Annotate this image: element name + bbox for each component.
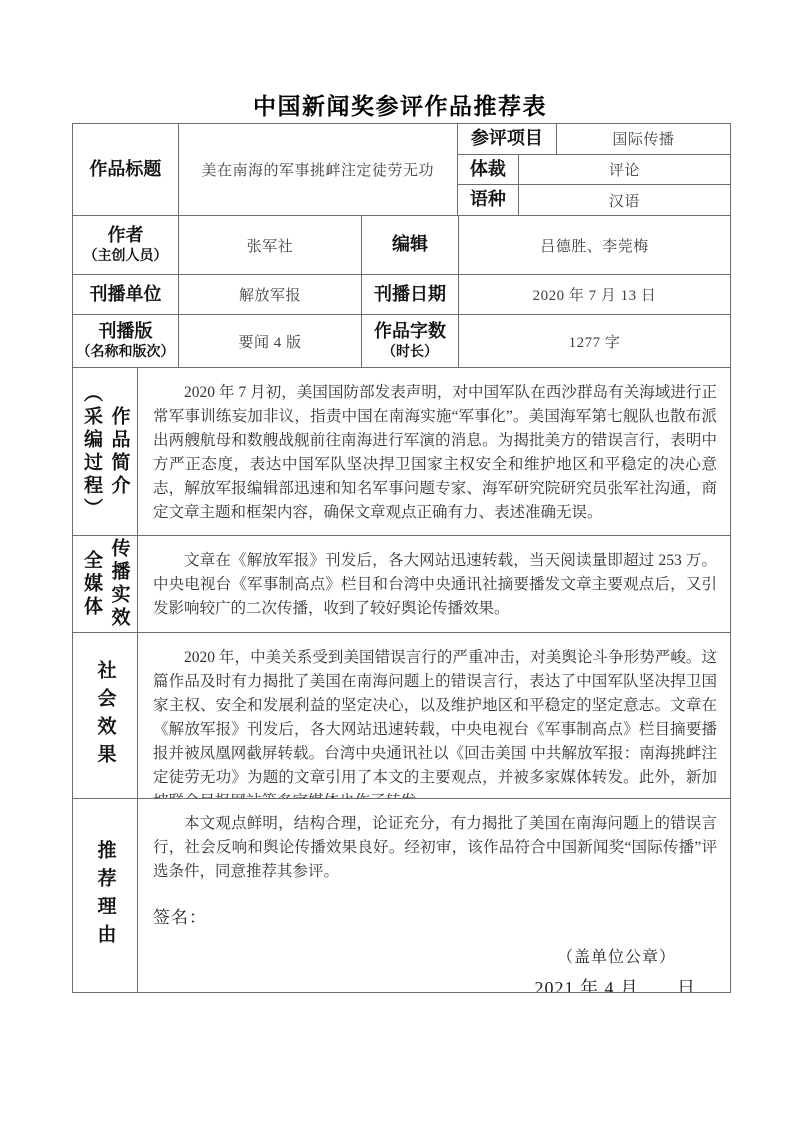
section-text-intro-paragraph: 2020 年 7 月初，美国国防部发表声明，对中国军队在西沙群岛有关海域进行正常… xyxy=(153,381,717,525)
row-edition-wordcount: 刊播版 （名称和版次） 要闻 4 版 作品字数 （时长） 1277 字 xyxy=(73,315,730,368)
field-value-editor: 吕德胜、李莞梅 xyxy=(459,216,730,275)
row-work-title: 作品标题 美在南海的军事挑衅注定徒劳无功 参评项目 国际传播 体裁 xyxy=(73,124,730,216)
row-publish-unit-date: 刊播单位 解放军报 刊播日期 2020 年 7 月 13 日 xyxy=(73,275,730,315)
section-label-social-effect-vertical: 社会效果 xyxy=(92,660,119,772)
field-label-publish-edition-sub: （名称和版次） xyxy=(77,344,175,362)
field-label-editor: 编辑 xyxy=(362,216,459,275)
field-value-author-text: 张军社 xyxy=(247,235,294,256)
section-label-media-effect-col1: 全媒体 xyxy=(77,538,105,630)
entry-meta-block: 参评项目 国际传播 体裁 评论 语种 xyxy=(458,124,730,216)
field-label-language-text: 语种 xyxy=(470,188,506,211)
row-intro: 作品简介 （采编过程） 2020 年 7 月初，美国国防部发表声明，对中国军队在… xyxy=(73,368,730,536)
field-value-entry-category-text: 国际传播 xyxy=(612,128,674,149)
section-label-media-effect-col2: 传播实效 xyxy=(105,538,133,630)
field-label-entry-category: 参评项目 xyxy=(458,124,557,155)
row-media-effect: 全媒体 传播实效 文章在《解放军报》刊发后，各大网站迅速转载，当天阅读量即超过 … xyxy=(73,536,730,633)
section-label-media-effect-vertical: 全媒体 传播实效 xyxy=(77,538,132,630)
field-label-publish-date: 刊播日期 xyxy=(362,275,459,315)
section-label-intro-sub: （采编过程） xyxy=(77,383,105,521)
field-value-publish-unit: 解放军报 xyxy=(179,275,362,315)
signature-label: 签名： xyxy=(153,906,717,930)
field-value-publish-edition-text: 要闻 4 版 xyxy=(238,331,301,352)
recommendation-form-table: 作品标题 美在南海的军事挑衅注定徒劳无功 参评项目 国际传播 体裁 xyxy=(72,123,731,993)
field-value-work-title: 美在南海的军事挑衅注定徒劳无功 xyxy=(179,124,458,216)
field-label-word-count-sub: （时长） xyxy=(382,344,438,362)
row-author-editor: 作者 （主创人员） 张军社 编辑 吕德胜、李莞梅 xyxy=(73,216,730,275)
section-text-recommendation-paragraph: 本文观点鲜明，结构合理，论证充分，有力揭批了美国在南海问题上的错误言行，社会反响… xyxy=(153,812,717,884)
row-entry-category: 参评项目 国际传播 xyxy=(458,124,730,155)
section-label-intro-main: 作品简介 xyxy=(105,383,133,521)
field-value-entry-category: 国际传播 xyxy=(557,124,730,155)
field-label-editor-text: 编辑 xyxy=(392,233,428,256)
page-title: 中国新闻奖参评作品推荐表 xyxy=(0,88,800,121)
section-label-recommendation: 推荐理由 xyxy=(73,799,138,992)
field-value-word-count: 1277 字 xyxy=(459,315,730,368)
field-label-author-sub: （主创人员） xyxy=(84,248,168,266)
field-value-genre: 评论 xyxy=(519,155,730,186)
field-value-word-count-text: 1277 字 xyxy=(569,331,621,352)
field-label-author-text: 作者 xyxy=(108,224,144,247)
section-text-media-effect: 文章在《解放军报》刊发后，各大网站迅速转载，当天阅读量即超过 253 万。中央电… xyxy=(138,536,730,633)
field-label-entry-category-text: 参评项目 xyxy=(471,127,543,150)
field-value-work-title-text: 美在南海的军事挑衅注定徒劳无功 xyxy=(202,159,435,180)
field-value-author: 张军社 xyxy=(179,216,362,275)
field-value-editor-text: 吕德胜、李莞梅 xyxy=(540,235,649,256)
field-value-genre-text: 评论 xyxy=(609,159,640,180)
field-label-publish-edition-text: 刊播版 xyxy=(99,320,153,343)
field-label-word-count-text: 作品字数 xyxy=(374,320,446,343)
field-label-work-title-text: 作品标题 xyxy=(89,158,161,181)
field-label-word-count: 作品字数 （时长） xyxy=(362,315,459,368)
field-label-genre: 体裁 xyxy=(458,155,519,186)
section-label-recommendation-vertical: 推荐理由 xyxy=(92,840,119,952)
field-label-language: 语种 xyxy=(458,185,519,216)
field-label-publish-date-text: 刊播日期 xyxy=(374,283,446,306)
field-label-publish-unit: 刊播单位 xyxy=(73,275,179,315)
stamp-note: （盖单位公章） xyxy=(153,946,717,970)
row-language: 语种 汉语 xyxy=(458,185,730,216)
row-genre: 体裁 评论 xyxy=(458,155,730,186)
field-label-author: 作者 （主创人员） xyxy=(73,216,179,275)
section-label-intro-vertical: 作品简介 （采编过程） xyxy=(77,383,132,521)
field-value-language: 汉语 xyxy=(519,185,730,216)
field-value-publish-date: 2020 年 7 月 13 日 xyxy=(459,275,730,315)
field-value-publish-edition: 要闻 4 版 xyxy=(179,315,362,368)
section-label-media-effect: 全媒体 传播实效 xyxy=(73,536,138,633)
field-label-publish-edition: 刊播版 （名称和版次） xyxy=(73,315,179,368)
section-text-intro: 2020 年 7 月初，美国国防部发表声明，对中国军队在西沙群岛有关海域进行正常… xyxy=(138,368,730,536)
section-label-social-effect: 社会效果 xyxy=(73,633,138,799)
document-page: 中国新闻奖参评作品推荐表 作品标题 美在南海的军事挑衅注定徒劳无功 参评项目 国… xyxy=(0,0,800,1131)
date-line: 2021 年 4 月 日 xyxy=(153,976,717,992)
section-text-social-effect: 2020 年，中美关系受到美国错误言行的严重冲击，对美舆论斗争形势严峻。这篇作品… xyxy=(138,633,730,799)
section-text-media-effect-paragraph: 文章在《解放军报》刊发后，各大网站迅速转载，当天阅读量即超过 253 万。中央电… xyxy=(153,549,717,621)
field-label-publish-unit-text: 刊播单位 xyxy=(90,283,162,306)
field-value-publish-unit-text: 解放军报 xyxy=(239,284,301,305)
field-value-language-text: 汉语 xyxy=(609,190,640,211)
row-social-effect: 社会效果 2020 年，中美关系受到美国错误言行的严重冲击，对美舆论斗争形势严峻… xyxy=(73,633,730,799)
field-label-genre-text: 体裁 xyxy=(470,158,506,181)
section-text-recommendation: 本文观点鲜明，结构合理，论证充分，有力揭批了美国在南海问题上的错误言行，社会反响… xyxy=(138,799,730,992)
section-label-intro: 作品简介 （采编过程） xyxy=(73,368,138,536)
field-value-publish-date-text: 2020 年 7 月 13 日 xyxy=(533,284,657,305)
field-label-work-title: 作品标题 xyxy=(73,124,179,216)
row-recommendation: 推荐理由 本文观点鲜明，结构合理，论证充分，有力揭批了美国在南海问题上的错误言行… xyxy=(73,799,730,992)
section-text-social-effect-paragraph: 2020 年，中美关系受到美国错误言行的严重冲击，对美舆论斗争形势严峻。这篇作品… xyxy=(153,646,717,799)
